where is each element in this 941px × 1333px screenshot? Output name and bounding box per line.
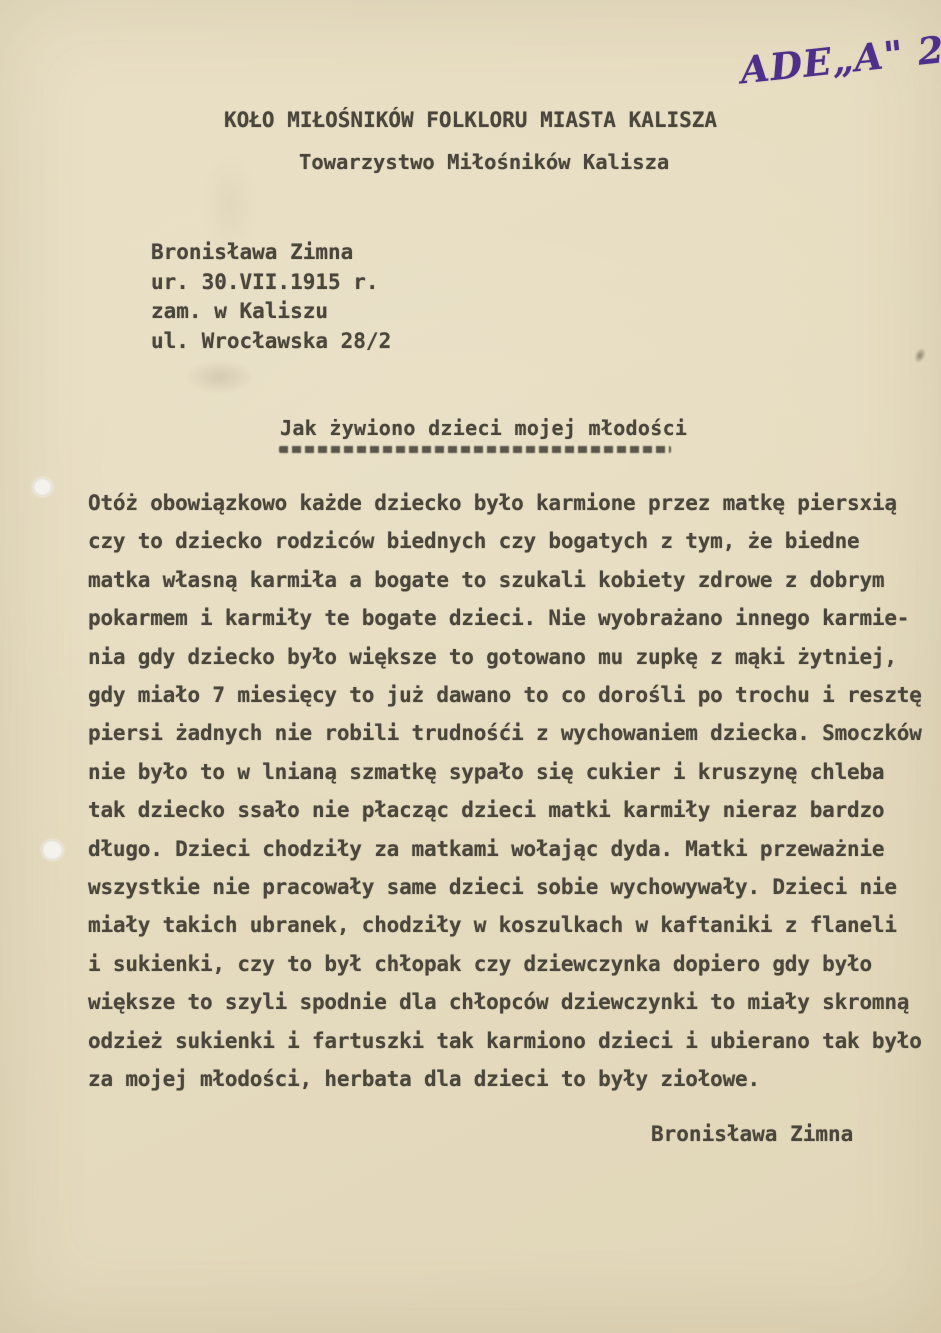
- organization-name-line2: Towarzystwo Miłośników Kalisza: [299, 150, 669, 174]
- annotation-main-text: ADE„A" 23A/: [738, 20, 941, 93]
- punch-hole-bottom: [42, 840, 63, 860]
- handwritten-archive-annotation: ADE„A" 23A/II: [738, 28, 941, 93]
- organization-name-line1: KOŁO MIŁOŚNIKÓW FOLKLORU MIASTA KALISZA: [224, 108, 717, 132]
- ink-spot: [912, 347, 927, 365]
- paper-smudge: [185, 360, 255, 394]
- title-underline-dashes: [279, 446, 671, 453]
- document-title: Jak żywiono dzieci mojej młodości: [280, 416, 687, 440]
- signature: Bronisława Zimna: [651, 1122, 853, 1146]
- memoir-body-text: Otóż obowiązkowo każde dziecko było karm…: [88, 484, 941, 1099]
- author-address-block: Bronisława Zimna ur. 30.VII.1915 r. zam.…: [151, 238, 391, 356]
- scanned-document-page: ADE„A" 23A/II KOŁO MIŁOŚNIKÓW FOLKLORU M…: [0, 0, 941, 1333]
- punch-hole-top: [33, 478, 52, 496]
